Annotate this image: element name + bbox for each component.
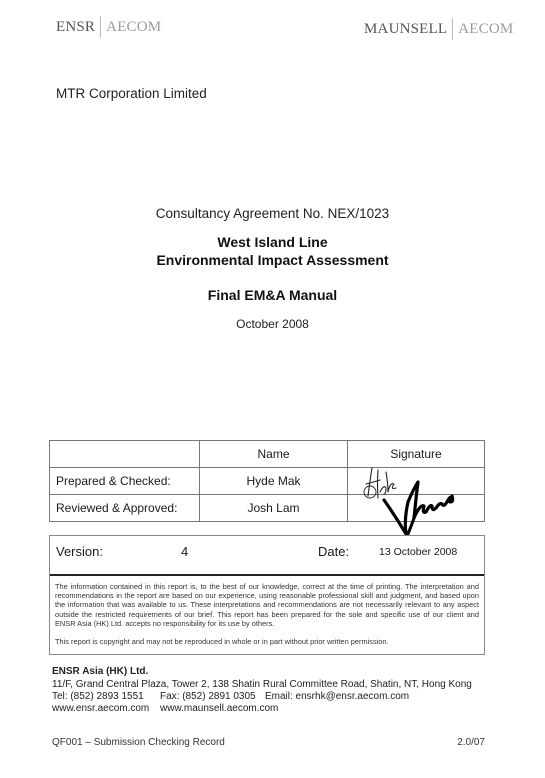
footer-web-ensr[interactable]: www.ensr.aecom.com [52,703,149,714]
date-value: 13 October 2008 [379,546,457,558]
date-label: Date: [318,544,349,559]
disclaimer-text: The information contained in this report… [55,582,479,628]
name-cell: Hyde Mak [200,468,348,495]
maunsell-aecom-logo: MAUNSELL AECOM [364,18,513,40]
role-cell: Prepared & Checked: [50,468,200,495]
logo-divider [452,18,453,40]
agreement-number: Consultancy Agreement No. NEX/1023 [0,206,545,221]
footer-tel: Tel: (852) 2893 1551 [52,691,144,702]
title-line: Environmental Impact Assessment [0,251,545,269]
ensr-aecom-logo: ENSR AECOM [56,16,161,38]
header-cell: Name [200,441,348,468]
logo-secondary: AECOM [458,21,513,38]
divider [50,574,484,576]
name-cell: Josh Lam [200,495,348,522]
version-label: Version: [56,544,103,559]
document-title: West Island Line Environmental Impact As… [0,233,545,269]
form-id: QF001 – Submission Checking Record [52,737,225,748]
handwritten-signatures [360,462,480,542]
logo-divider [100,16,101,38]
footer-web-maunsell[interactable]: www.maunsell.aecom.com [160,703,278,714]
company-name: ENSR Asia (HK) Ltd. [52,666,148,677]
logo-primary: MAUNSELL [364,21,447,38]
form-version: 2.0/07 [457,737,485,748]
logo-secondary: AECOM [106,19,161,36]
version-box: Version: 4 Date: 13 October 2008 The inf… [49,535,485,655]
version-value: 4 [181,544,188,559]
logo-primary: ENSR [56,19,95,36]
client-name: MTR Corporation Limited [56,86,207,101]
role-cell: Reviewed & Approved: [50,495,200,522]
footer-fax: Fax: (852) 2891 0305 [160,691,256,702]
document-subtitle: Final EM&A Manual [0,287,545,303]
footer-address: 11/F, Grand Central Plaza, Tower 2, 138 … [52,679,472,690]
footer-company: ENSR Asia (HK) Ltd. [52,666,148,677]
copyright-text: This report is copyright and may not be … [55,637,389,646]
footer-email[interactable]: Email: ensrhk@ensr.aecom.com [265,691,409,702]
document-date: October 2008 [0,317,545,331]
title-line: West Island Line [0,233,545,251]
header-cell [50,441,200,468]
